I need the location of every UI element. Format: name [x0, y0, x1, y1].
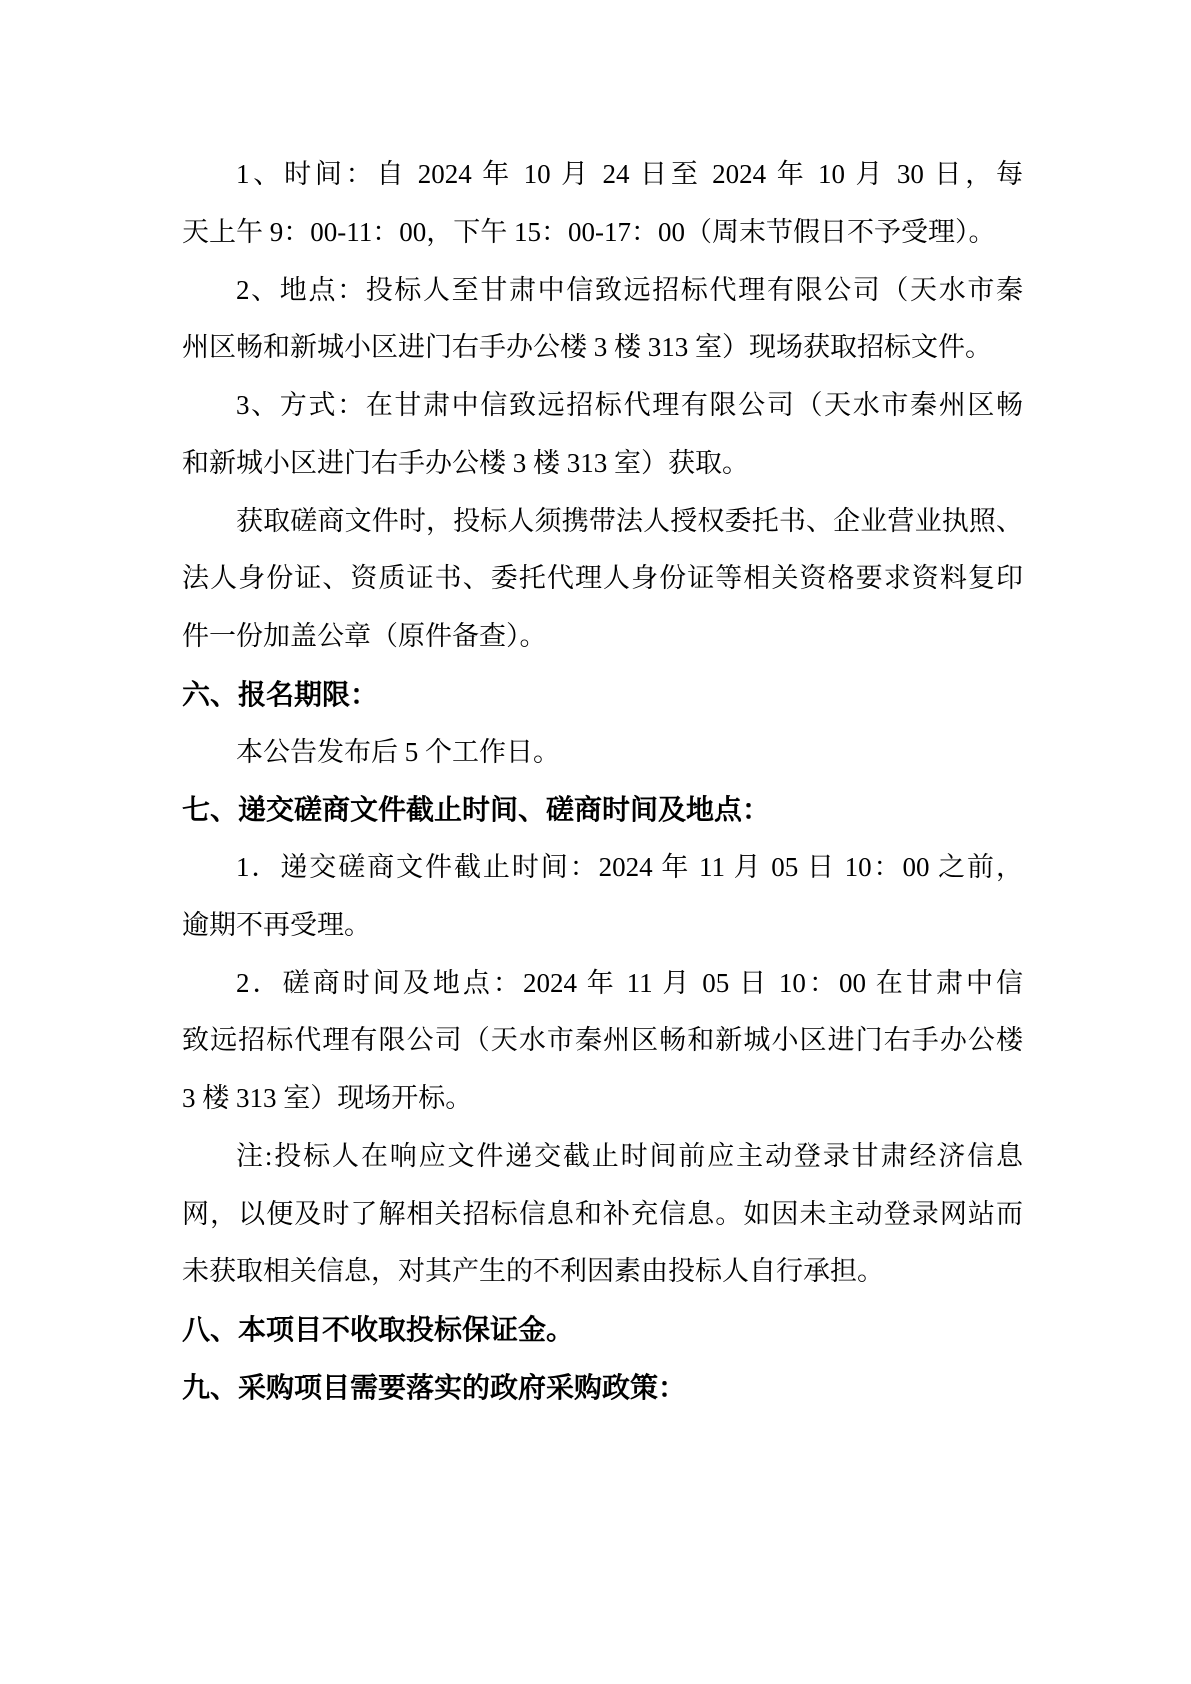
text-line: 3、方式：在甘肃中信致远招标代理有限公司（天水市秦州区畅 — [182, 377, 1023, 435]
text-line: 件一份加盖公章（原件备查）。 — [182, 608, 1023, 666]
para-1-obtain-time: 1、时间：自 2024 年 10 月 24 日至 2024 年 10 月 30 … — [182, 146, 1023, 262]
para-3-obtain-method: 3、方式：在甘肃中信致远招标代理有限公司（天水市秦州区畅 和新城小区进门右手办公… — [182, 377, 1023, 493]
heading-8-no-bid-bond: 八、本项目不收取投标保证金。 — [182, 1301, 1023, 1359]
text-line: 获取磋商文件时，投标人须携带法人授权委托书、企业营业执照、 — [182, 493, 1023, 551]
heading-9-procurement-policy: 九、采购项目需要落实的政府采购政策： — [182, 1359, 1023, 1417]
para-2-obtain-location: 2、地点：投标人至甘肃中信致远招标代理有限公司（天水市秦 州区畅和新城小区进门右… — [182, 262, 1023, 378]
section-heading: 六、报名期限： — [182, 666, 1023, 724]
text-line: 2．磋商时间及地点：2024 年 11 月 05 日 10：00 在甘肃中信 — [182, 955, 1023, 1013]
document-body: 1、时间：自 2024 年 10 月 24 日至 2024 年 10 月 30 … — [182, 146, 1023, 1417]
text-line: 致远招标代理有限公司（天水市秦州区畅和新城小区进门右手办公楼 — [182, 1012, 1023, 1070]
para-7-1-deadline: 1．递交磋商文件截止时间：2024 年 11 月 05 日 10：00 之前， … — [182, 839, 1023, 955]
section-heading: 九、采购项目需要落实的政府采购政策： — [182, 1359, 1023, 1417]
text-line: 1．递交磋商文件截止时间：2024 年 11 月 05 日 10：00 之前， — [182, 839, 1023, 897]
text-line: 网，以便及时了解相关招标信息和补充信息。如因未主动登录网站而 — [182, 1186, 1023, 1244]
text-line: 3 楼 313 室）现场开标。 — [182, 1070, 1023, 1128]
section-heading: 七、递交磋商文件截止时间、磋商时间及地点： — [182, 781, 1023, 839]
heading-6-registration-period: 六、报名期限： — [182, 666, 1023, 724]
heading-7-submission-deadline: 七、递交磋商文件截止时间、磋商时间及地点： — [182, 781, 1023, 839]
para-4-required-documents: 获取磋商文件时，投标人须携带法人授权委托书、企业营业执照、 法人身份证、资质证书… — [182, 493, 1023, 666]
document-page: 1、时间：自 2024 年 10 月 24 日至 2024 年 10 月 30 … — [0, 0, 1191, 1684]
text-line: 和新城小区进门右手办公楼 3 楼 313 室）获取。 — [182, 435, 1023, 493]
text-line: 注:投标人在响应文件递交截止时间前应主动登录甘肃经济信息 — [182, 1128, 1023, 1186]
text-line: 逾期不再受理。 — [182, 897, 1023, 955]
text-line: 1、时间：自 2024 年 10 月 24 日至 2024 年 10 月 30 … — [182, 146, 1023, 204]
text-line: 本公告发布后 5 个工作日。 — [182, 724, 1023, 782]
text-line: 未获取相关信息，对其产生的不利因素由投标人自行承担。 — [182, 1243, 1023, 1301]
text-line: 法人身份证、资质证书、委托代理人身份证等相关资格要求资料复印 — [182, 550, 1023, 608]
text-line: 2、地点：投标人至甘肃中信致远招标代理有限公司（天水市秦 — [182, 262, 1023, 320]
section-heading: 八、本项目不收取投标保证金。 — [182, 1301, 1023, 1359]
text-line: 天上午 9：00-11：00，下午 15：00-17：00（周末节假日不予受理）… — [182, 204, 1023, 262]
para-7-2-negotiation-time-location: 2．磋商时间及地点：2024 年 11 月 05 日 10：00 在甘肃中信 致… — [182, 955, 1023, 1128]
text-line: 州区畅和新城小区进门右手办公楼 3 楼 313 室）现场获取招标文件。 — [182, 319, 1023, 377]
para-6-registration-period-body: 本公告发布后 5 个工作日。 — [182, 724, 1023, 782]
para-7-note: 注:投标人在响应文件递交截止时间前应主动登录甘肃经济信息 网，以便及时了解相关招… — [182, 1128, 1023, 1301]
